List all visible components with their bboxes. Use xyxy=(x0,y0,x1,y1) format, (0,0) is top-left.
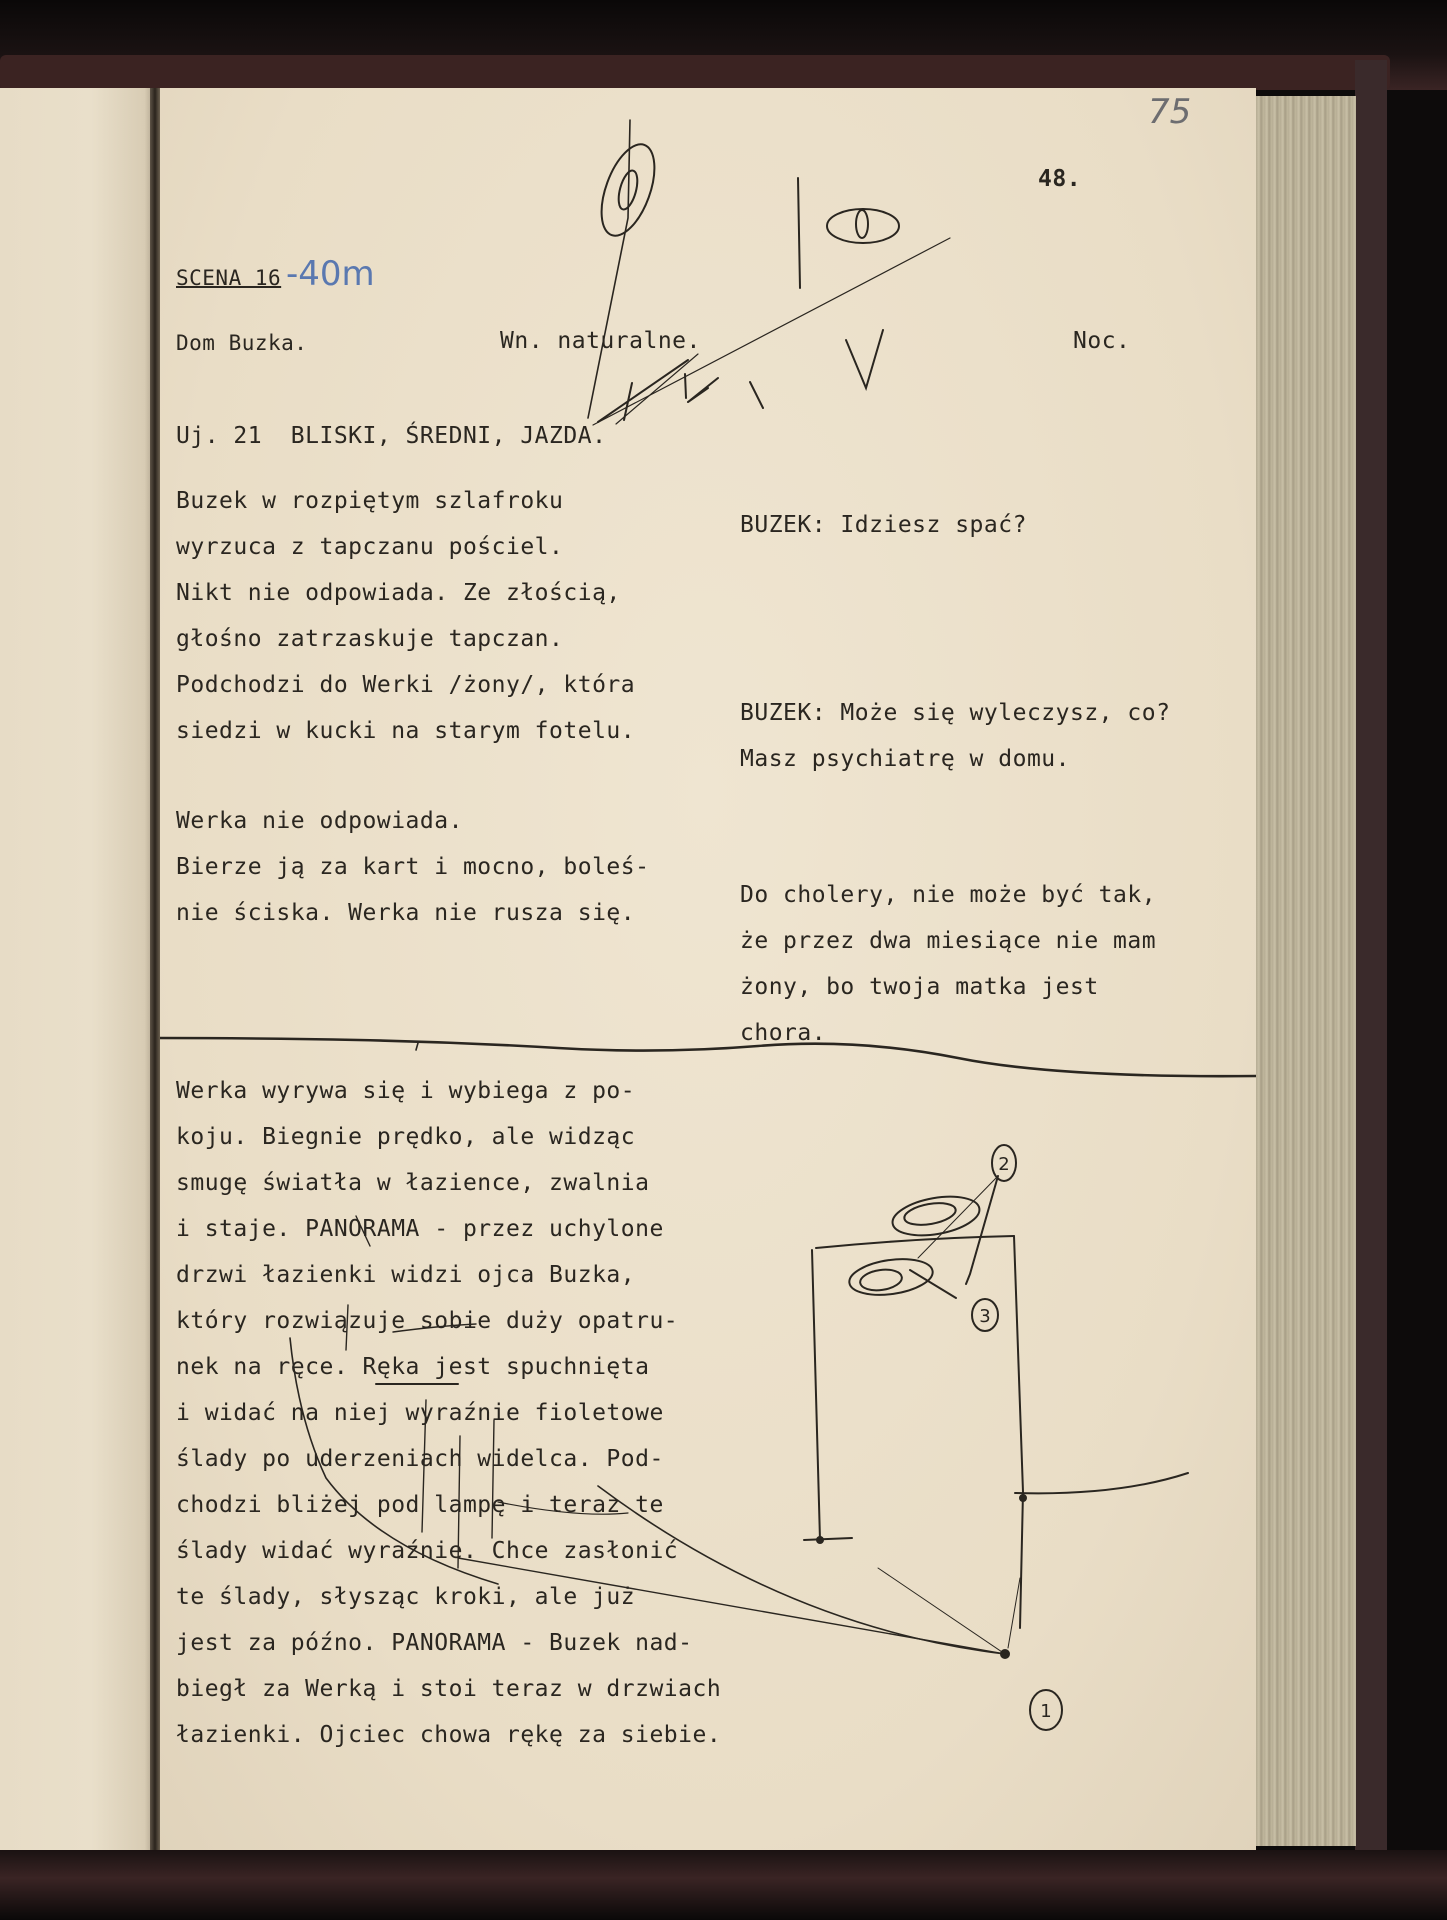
book-cover-bottom xyxy=(0,1850,1447,1920)
cover-band xyxy=(0,55,1390,90)
left-page xyxy=(0,88,152,1850)
sketch-label-3: 3 xyxy=(979,1306,990,1327)
script-page: 75 48. SCENA 16 -40m Dom Buzka. Wn. natu… xyxy=(158,88,1256,1850)
sketch-label-2: 2 xyxy=(998,1154,1009,1175)
page-edges xyxy=(1256,96,1356,1846)
book-gutter xyxy=(150,88,160,1850)
book-cover-top xyxy=(0,0,1447,90)
sketch-label-1: 1 xyxy=(1040,1701,1051,1722)
pen-sketch-annotations: 2 3 1 xyxy=(158,88,1256,1850)
book-cover-right xyxy=(1355,60,1387,1860)
